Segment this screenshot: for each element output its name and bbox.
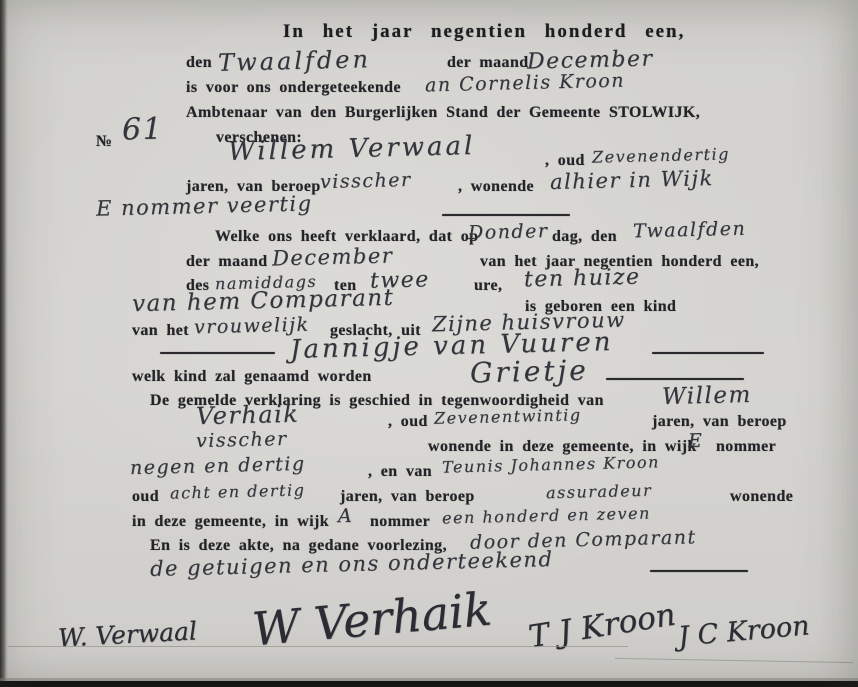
printed-jaren-beroep-3: jaren, van beroep: [340, 488, 475, 506]
scanned-birth-certificate: In het jaar negentien honderd een, den T…: [0, 0, 858, 687]
signature-kroon-registrar: J C Kroon: [677, 610, 811, 652]
printed-oud: , oud: [545, 152, 585, 170]
entry-witness1-wijk: E: [688, 430, 704, 452]
ink-rule: [650, 570, 748, 572]
printed-der-maand: der maand: [447, 54, 529, 72]
entry-witness1-last: Verhaik: [196, 400, 300, 431]
signature-baseline-2: [615, 658, 853, 663]
printed-wonende-2: wonende: [730, 488, 793, 506]
entry-declarant-address: E nommer veertig: [96, 191, 313, 220]
entry-witness1-age: Zevenentwintig: [434, 405, 582, 428]
entry-birth-place-1: ten huize: [524, 265, 641, 293]
entry-registrar-name: an Cornelis Kroon: [425, 70, 625, 97]
printed-welke-verklaard: Welke ons heeft verklaard, dat op: [215, 228, 478, 246]
printed-nommer: nommer: [716, 438, 776, 456]
printed-kind-genaamd: welk kind zal genaamd worden: [132, 368, 372, 386]
printed-den: den: [186, 54, 212, 72]
entry-birth-weekday: Donder: [468, 220, 549, 244]
ink-rule: [652, 352, 764, 354]
ink-rule: [160, 352, 275, 354]
entry-witness2-wijk: A: [338, 505, 354, 527]
bottom-scan-edge: [0, 681, 858, 687]
entry-declarant-name: Willem Verwaal: [228, 131, 476, 167]
printed-oud-2: , oud: [388, 413, 428, 431]
entry-day-name: Twaalfden: [218, 45, 372, 77]
printed-jaren-beroep-2: jaren, van beroep: [652, 413, 787, 431]
printed-ondergeteekende: is voor ons ondergeteekende: [186, 79, 401, 97]
printed-wonende: , wonende: [458, 178, 534, 196]
printed-oud-3: oud: [132, 488, 159, 506]
signature-baseline: [8, 646, 628, 647]
printed-van-het: van het: [132, 322, 189, 340]
entry-witness2-name: Teunis Johannes Kroon: [442, 452, 660, 476]
ink-rule: [442, 214, 570, 216]
printed-ambtenaar-line: Ambtenaar van den Burgerlijken Stand der…: [186, 104, 700, 122]
entry-witness2-occupation: assuradeur: [546, 481, 653, 503]
printed-gemeente-wijk: in deze gemeente, in wijk: [132, 513, 329, 531]
entry-birth-month: December: [272, 244, 394, 271]
entry-birth-place-2: van hem Comparant: [132, 285, 395, 317]
printed-en-van: , en van: [368, 463, 432, 481]
entry-child-name: Grietje: [470, 354, 590, 390]
printed-der-maand-2: der maand: [186, 253, 268, 271]
act-number-value: 61: [122, 112, 164, 148]
ink-rule: [606, 378, 744, 380]
entry-declarant-occupation: visscher: [320, 169, 412, 193]
entry-declarant-residence: alhier in Wijk: [550, 166, 714, 194]
entry-witness1-number: negen en dertig: [130, 453, 306, 479]
entry-witness1-occupation: visscher: [196, 428, 288, 452]
entry-witness2-number: een honderd en zeven: [442, 503, 651, 527]
printed-dag-den: dag, den: [552, 228, 617, 246]
entry-witness1-first: Willem: [662, 382, 752, 410]
entry-declarant-age: Zevenendertig: [592, 144, 730, 166]
printed-ure: ure,: [474, 277, 502, 295]
binding-edge: [0, 0, 8, 687]
entry-birth-day: Twaalfden: [633, 218, 747, 243]
signature-verwaal: W. Verwaal: [57, 616, 197, 652]
act-number-label: №: [96, 133, 112, 151]
printed-nommer-2: nommer: [370, 513, 430, 531]
entry-witness2-age: acht en dertig: [170, 480, 306, 502]
act-year-title: In het jaar negentien honderd een,: [283, 21, 685, 43]
